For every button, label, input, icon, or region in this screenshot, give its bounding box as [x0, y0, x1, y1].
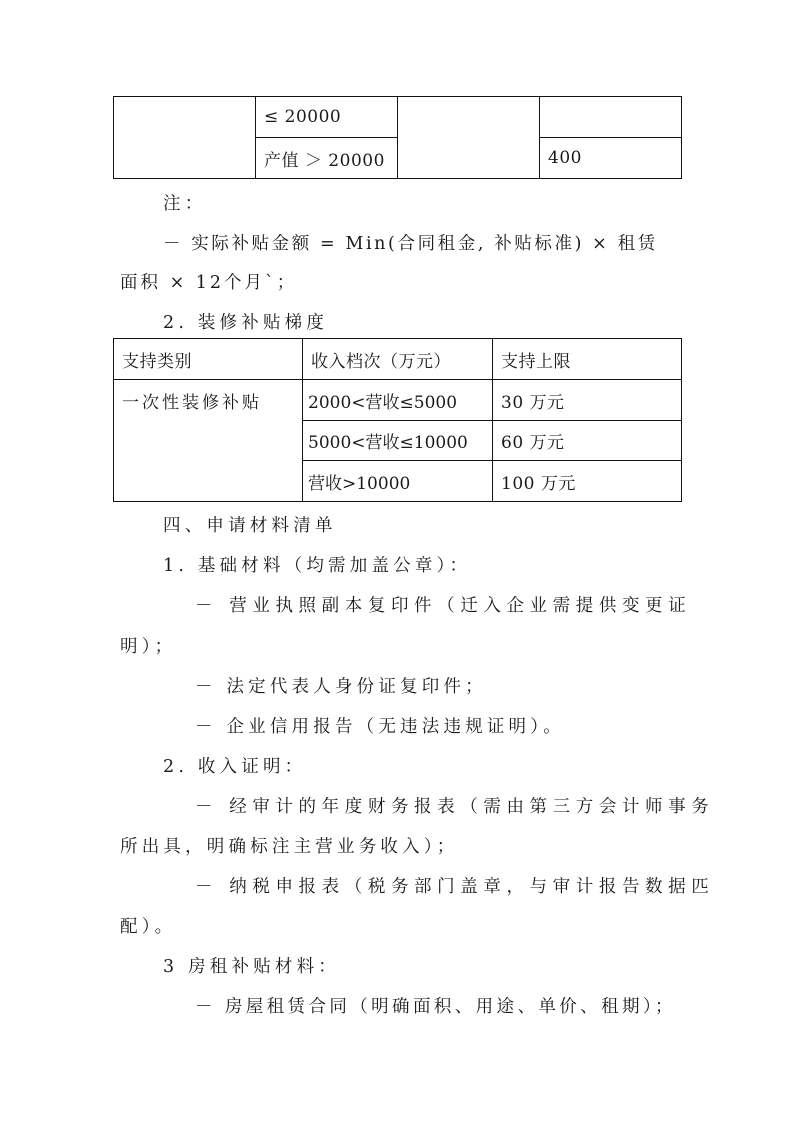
item1-bullet: － 企业信用报告（无违法违规证明）。	[195, 715, 565, 739]
table-header-row: 支持类别 收入档次（万元） 支持上限	[114, 339, 682, 380]
item2-bullet: － 纳税申报表（税务部门盖章，与审计报告数据匹	[195, 875, 714, 899]
column-header: 收入档次（万元）	[303, 339, 493, 380]
section-heading-renovation: 2. 装修补贴梯度	[163, 311, 328, 335]
item2-bullet-wrap: 所出具，明确标注主营业务收入）；	[120, 835, 458, 859]
item3-heading: 3 房租补贴材料：	[163, 955, 340, 979]
renovation-subsidy-table: 支持类别 收入档次（万元） 支持上限 一次性装修补贴 2000<营收≤5000 …	[113, 338, 682, 502]
note-formula-line1: － 实际补贴金额 = Min(合同租金, 补贴标准) × 租赁	[163, 232, 658, 256]
item2-bullet: － 经审计的年度财务报表（需由第三方会计师事务	[195, 795, 714, 819]
table-cell: ≤ 20000	[256, 97, 398, 138]
table-row: ≤ 20000	[114, 97, 682, 138]
document-page: ≤ 20000 产值 ＞ 20000 400 注： － 实际补贴金额 = Min…	[0, 0, 793, 1122]
section-title: 四、申请材料清单	[163, 514, 337, 538]
table-cell	[398, 97, 540, 179]
cap-cell: 30 万元	[493, 380, 682, 421]
table-cell	[540, 97, 682, 138]
item1-bullet: － 法定代表人身份证复印件；	[195, 675, 487, 699]
item1-bullet-wrap: 明）；	[120, 635, 176, 659]
note-label: 注：	[163, 192, 206, 216]
category-cell: 一次性装修补贴	[114, 380, 303, 502]
column-header: 支持类别	[114, 339, 303, 380]
cap-cell: 60 万元	[493, 421, 682, 461]
range-cell: 2000<营收≤5000	[303, 380, 493, 421]
item1-heading: 1. 基础材料（均需加盖公章）：	[163, 554, 471, 578]
table-cell: 400	[540, 138, 682, 179]
note-formula-line2: 面积 × 12个月`；	[120, 271, 297, 295]
subsidy-table-continuation: ≤ 20000 产值 ＞ 20000 400	[113, 96, 682, 179]
table-cell	[114, 97, 256, 179]
item2-heading: 2. 收入证明：	[163, 755, 306, 779]
column-header: 支持上限	[493, 339, 682, 380]
item1-bullet: － 营业执照副本复印件（迁入企业需提供变更证	[195, 594, 691, 618]
item2-bullet-wrap: 配）。	[120, 915, 176, 939]
range-cell: 5000<营收≤10000	[303, 421, 493, 461]
table-cell: 产值 ＞ 20000	[256, 138, 398, 179]
table-row: 一次性装修补贴 2000<营收≤5000 30 万元	[114, 380, 682, 421]
range-cell: 营收>10000	[303, 461, 493, 502]
item3-bullet: － 房屋租赁合同（明确面积、用途、单价、租期）；	[195, 995, 676, 1019]
cap-cell: 100 万元	[493, 461, 682, 502]
